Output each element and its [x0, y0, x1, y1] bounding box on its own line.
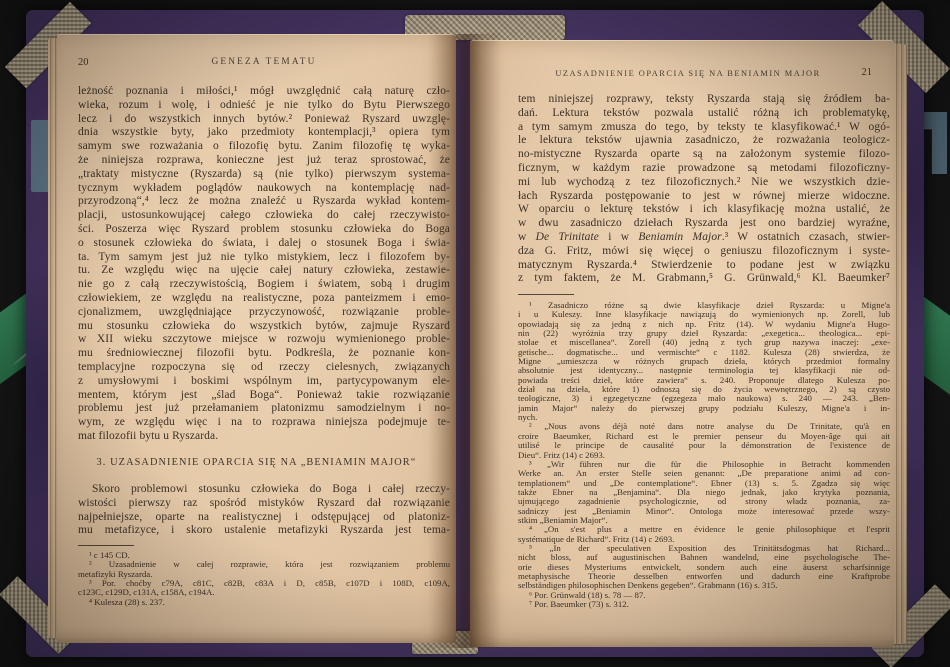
text-line: problemu jest już przełamaniem platonizm…: [78, 402, 450, 416]
footnote: ² „Nous avons déjà noté dans notre analy…: [518, 422, 890, 459]
text-line: nicht bloss, auf augustinischen Bahnen w…: [518, 553, 890, 562]
text-line: dział na dzieła, które 1) odnoszą się do…: [518, 385, 890, 394]
text-line: no-mistyczne Ryszarda oparte są na założ…: [518, 148, 890, 162]
footnote: ⁷ Por. Baeumker (73) s. 312.: [518, 600, 890, 609]
text-line: dnia wszystkie byty, jako przedmioty kon…: [78, 126, 450, 140]
text-line: Werke an. An erster Stelle seien genannt…: [518, 469, 890, 478]
right-body-text: tem niniejszej rozprawy, teksty Ryszarda…: [518, 93, 890, 286]
page-edges-right: [894, 44, 907, 644]
text-line: Dieu“. Fritz (14) c 2693.: [518, 451, 890, 460]
text-line: nin (22) wyróżnia trzy grupy dzieł Rysza…: [518, 329, 890, 338]
text-line: absolutnie jest identyczny... następnie …: [518, 366, 890, 375]
footnote: ⁶ Por. Grünwald (18) s. 78 — 87.: [518, 591, 890, 600]
text-line: z tym faktem, że M. Grabmann,⁵ G. Grünwa…: [518, 272, 890, 286]
text-line: ¹ Zasadniczo różne są dwie klasyfikacje …: [518, 301, 890, 310]
text-line: w De Trinitate i w Beniamin Major.³ W os…: [518, 231, 890, 245]
text-line: metaphysische Theorie desselben entworfe…: [518, 572, 890, 581]
left-footnotes: ¹ c 145 CD. ² Uzasadnienie w całej rozpr…: [78, 551, 450, 607]
text-line: nie go z całą rzeczywistością, Bogiem i …: [78, 278, 450, 292]
left-running-header: GENEZA TEMATU: [78, 57, 450, 67]
text-line: ³ Por. choćby c79A, c81C, c82B, c83A i D…: [78, 579, 450, 588]
text-line: samym swe rozważania o filozofię bytu. Z…: [78, 140, 450, 154]
text-line: ⁴ Kulesza (28) s. 237.: [78, 598, 450, 607]
text-line: najpełniejsze, oparte na realistycznej i…: [78, 511, 450, 525]
text-line: że niniejsza rozprawa, konieczne jest ju…: [78, 154, 450, 168]
right-running-header: UZASADNIENIE OPARCIA SIĘ NA BENIAMIN MAJ…: [518, 69, 858, 78]
text-line: selbständigen philosophischen Denkens ge…: [518, 581, 890, 590]
text-line: metafizyki Ryszarda.: [78, 570, 450, 579]
text-line: w dwu zasadniczo dziełach Ryszarda jest …: [518, 217, 890, 231]
text-line: teologiczne, 3) i egzegetyczne (egzegeza…: [518, 394, 890, 403]
footnote: ⁴ Kulesza (28) s. 237.: [78, 598, 450, 607]
text-line: ujmującego zagadnienie psychologicznie, …: [518, 497, 890, 506]
text-line: i u Kuleszy. Inne klasyfikacje nawiązują…: [518, 310, 890, 319]
text-line: o stosunek człowieka do świata, i dalej …: [78, 237, 450, 251]
footnote: ⁴ „On s'est plus a mettre en évidence le…: [518, 525, 890, 544]
text-line: Migne „umieszcza w różnych grupach dzieł…: [518, 357, 890, 366]
text-line: ¹ c 145 CD.: [78, 551, 450, 560]
footnote: ⁵ „In der speculativen Exposition des Tr…: [518, 544, 890, 591]
text-line: ⁶ Por. Grünwald (18) s. 78 — 87.: [518, 591, 890, 600]
text-line: matycznym Ryszarda.⁴ Stwierdzenie to pod…: [518, 259, 890, 273]
text-line: orie dieses Mysteriums entwickelt, sonde…: [518, 563, 890, 572]
text-line: le lektura tekstów ujawnia zasadniczo, ż…: [518, 134, 890, 148]
text-line: dań. Lektura tekstów pozwala ustalić róż…: [518, 107, 890, 121]
text-line: leżność poznania i miłości,¹ mógł uwzglę…: [78, 85, 450, 99]
text-line: mu stosunku człowieka do wszystkich bytó…: [78, 320, 450, 334]
text-line: ² Uzasadnienie w całej rozprawie, która …: [78, 560, 450, 569]
text-line: „traktaty mistyczne (Ryszarda) są (nie t…: [78, 168, 450, 182]
text-line: tycznym wykładem poglądów naukowych na k…: [78, 182, 450, 196]
text-line: systématique de Richard“. Fritz (14) c 2…: [518, 535, 890, 544]
text-line: mat filozofii bytu u Ryszarda.: [78, 430, 450, 444]
text-line: tem niniejszej rozprawy, teksty Ryszarda…: [518, 93, 890, 107]
text-line: getische... dogmatische... und vermischt…: [518, 348, 890, 357]
text-line: łach Ryszarda postępowanie to jest w rów…: [518, 190, 890, 204]
text-line: przyrodzoną“,⁴ lecz że można znaleźć u R…: [78, 195, 450, 209]
text-line: wistości pierwszy raz spośród mistyków R…: [78, 497, 450, 511]
text-line: ta. Tym samym jest już nie tylko mistyki…: [78, 251, 450, 265]
right-footnote-rule: [518, 294, 574, 295]
text-line: wieka, rozum i wolę, i odnieść je nie ty…: [78, 99, 450, 113]
text-line: ⁵ „In der speculativen Exposition des Tr…: [518, 544, 890, 553]
text-line: Skoro problemowi stosunku człowieka do B…: [78, 483, 450, 497]
footnote: ³ Por. choćby c79A, c81C, c82B, c83A i D…: [78, 579, 450, 598]
text-line: dza G. Fritz, mówi się więcej o geniuszu…: [518, 245, 890, 259]
text-line: jamin Major“ należy do pierwszej grupy p…: [518, 404, 890, 413]
text-line: tu. Ze względu więc na ujęcie całej natu…: [78, 264, 450, 278]
text-line: stkim „Beniamin Major“.: [518, 516, 890, 525]
text-line: utilisé le principe de causalité pour la…: [518, 441, 890, 450]
text-line: a tym samym zmusza do tego, by teksty te…: [518, 121, 890, 135]
text-line: templacyjne rozpoczyna się od rzeczy cie…: [78, 361, 450, 375]
right-page: UZASADNIENIE OPARCIA SIĘ NA BENIAMIN MAJ…: [470, 40, 894, 647]
text-line: mi lub wychodzą z tez filozoficznych.² N…: [518, 176, 890, 190]
text-line: w XII wieku szczytowe miejsce w rozwoju …: [78, 333, 450, 347]
text-line: c123C, c129D, c131A, c158A, c194A.: [78, 588, 450, 597]
text-line: wym, ze względu więc i na to rozprawa ni…: [78, 416, 450, 430]
text-line: W oparciu o lekturę tekstów i ich klasyf…: [518, 203, 890, 217]
text-line: cjonalizmem, uwzględniające przyczynowoś…: [78, 306, 450, 320]
text-line: opowiadają się za jedną z nich np. Fritz…: [518, 320, 890, 329]
text-line: ⁷ Por. Baeumker (73) s. 312.: [518, 600, 890, 609]
text-line: stolae et miscellanea“. Zorell (40) jedn…: [518, 338, 890, 347]
book-photo: 20 GENEZA TEMATU leżność poznania i miło…: [0, 0, 950, 667]
section-heading: 3. UZASADNIENIE OPARCIA SIĘ NA „BENIAMIN…: [57, 457, 456, 468]
text-line: lecz i do wszystkich innych bytów.² Poni…: [78, 113, 450, 127]
footnote: ¹ c 145 CD.: [78, 551, 450, 560]
text-line: ² „Nous avons déjà noté dans notre analy…: [518, 422, 890, 431]
text-line: sadniczy jest „Beniamin Minor“. Ontologa…: [518, 507, 890, 516]
footnote: ¹ Zasadniczo różne są dwie klasyfikacje …: [518, 301, 890, 422]
right-footnotes: ¹ Zasadniczo różne są dwie klasyfikacje …: [518, 301, 890, 609]
right-page-number: 21: [862, 67, 873, 78]
left-page: 20 GENEZA TEMATU leżność poznania i miło…: [57, 34, 456, 643]
text-line: nych.: [518, 413, 890, 422]
text-line: mu średniowiecznej filozofii bytu. Podkr…: [78, 347, 450, 361]
footnote: ³ „Wir führen nur die für die Philosophi…: [518, 460, 890, 525]
text-line: ³ „Wir führen nur die für die Philosophi…: [518, 460, 890, 469]
left-paragraph-2: Skoro problemowi stosunku człowieka do B…: [78, 483, 450, 538]
footnote: ² Uzasadnienie w całej rozprawie, która …: [78, 560, 450, 579]
text-line: ⁴ „On s'est plus a mettre en évidence le…: [518, 525, 890, 534]
left-body-text: leżność poznania i miłości,¹ mógł uwzglę…: [78, 85, 450, 444]
text-line: powiada treści dzieł, które zawiera“ s. …: [518, 376, 890, 385]
text-line: croire Baeumker, Richard est le premier …: [518, 432, 890, 441]
left-footnote-rule: [78, 545, 134, 546]
text-line: także Ebner na „Benjamina“. Dla niego je…: [518, 488, 890, 497]
text-line: ści. Poszerza więc Ryszard problem stosu…: [78, 223, 450, 237]
text-line: mentem, którym jest „ślad Boga“. Poniewa…: [78, 389, 450, 403]
text-line: mu metafizyce, i skoro ustalenie metafiz…: [78, 524, 450, 538]
text-line: ficznym, w każdym razie prowadzone są me…: [518, 162, 890, 176]
text-line: człowiekiem, ze względu na realistyczne,…: [78, 292, 450, 306]
text-line: placji, ustosunkowującej całego człowiek…: [78, 209, 450, 223]
text-line: z umysłowymi i boskimi wspólnym im, part…: [78, 375, 450, 389]
text-line: templationem“ und „De contemplatione“. E…: [518, 479, 890, 488]
